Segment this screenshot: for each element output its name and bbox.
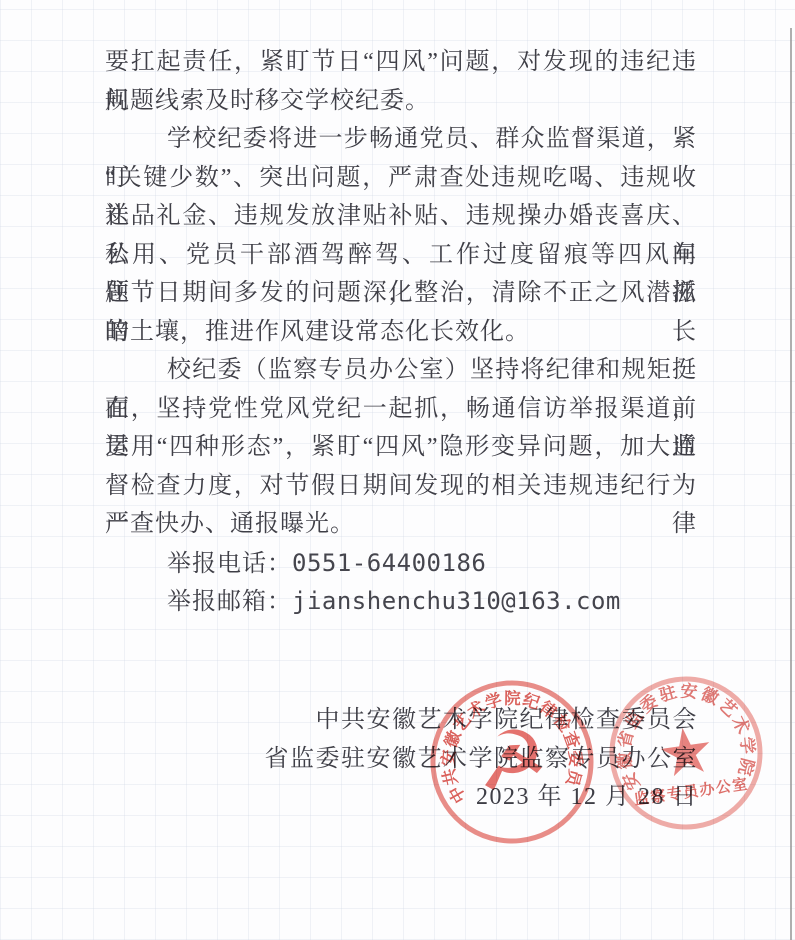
body-line: 督检查力度，对节假日期间发现的相关违规违纪行为一律 xyxy=(105,467,697,506)
signature-block: 中共安徽艺术学院纪律检查委员会 省监委驻安徽艺术学院监察专员办公室 2023 年… xyxy=(265,701,699,817)
report-email-label: 举报邮箱： xyxy=(167,589,292,615)
body-line: 校纪委（监察专员办公室）坚持将纪律和规矩挺在前 xyxy=(105,351,697,390)
report-phone-label: 举报电话： xyxy=(167,551,292,577)
body-line: 运用“四种形态”，紧盯“四风”隐形变异问题，加大监 xyxy=(105,428,697,467)
body-line: 住节日期间多发的问题深化整治，清除不正之风潜滋暗长 xyxy=(105,274,697,313)
report-email-address: jianshenchu310@163.com xyxy=(292,587,621,615)
report-email-line: 举报邮箱：jianshenchu310@163.com xyxy=(105,582,697,621)
signature-org-1: 中共安徽艺术学院纪律检查委员会 xyxy=(265,701,699,740)
scanned-document-page: { "document": { "colors": { "text": "#3e… xyxy=(0,0,795,940)
signature-org-2: 省监委驻安徽艺术学院监察专员办公室 xyxy=(265,740,699,779)
report-phone-line: 举报电话：0551-64400186 xyxy=(105,544,697,583)
document-body: 要扛起责任，紧盯节日“四风”问题，对发现的违纪违规 问题线索及时移交学校纪委。 … xyxy=(105,43,697,621)
body-line: 面，坚持党性党风党纪一起抓，畅通信访举报渠道，贯通 xyxy=(105,390,697,429)
body-line: 私用、党员干部酒驾醉驾、工作过度留痕等四风问题，抓 xyxy=(105,236,697,275)
report-phone-number: 0551-64400186 xyxy=(292,549,486,577)
scan-edge-line xyxy=(790,28,792,940)
body-line: “关键少数”、突出问题，严肃查处违规吃喝、违规收送 xyxy=(105,159,697,198)
signature-date: 2023 年 12 月 28 日 xyxy=(265,778,699,817)
body-line: 问题线索及时移交学校纪委。 xyxy=(105,82,697,121)
body-line: 礼品礼金、违规发放津贴补贴、违规操办婚丧喜庆、公车 xyxy=(105,197,697,236)
body-line: 要扛起责任，紧盯节日“四风”问题，对发现的违纪违规 xyxy=(105,43,697,82)
body-line: 学校纪委将进一步畅通党员、群众监督渠道，紧盯 xyxy=(105,120,697,159)
